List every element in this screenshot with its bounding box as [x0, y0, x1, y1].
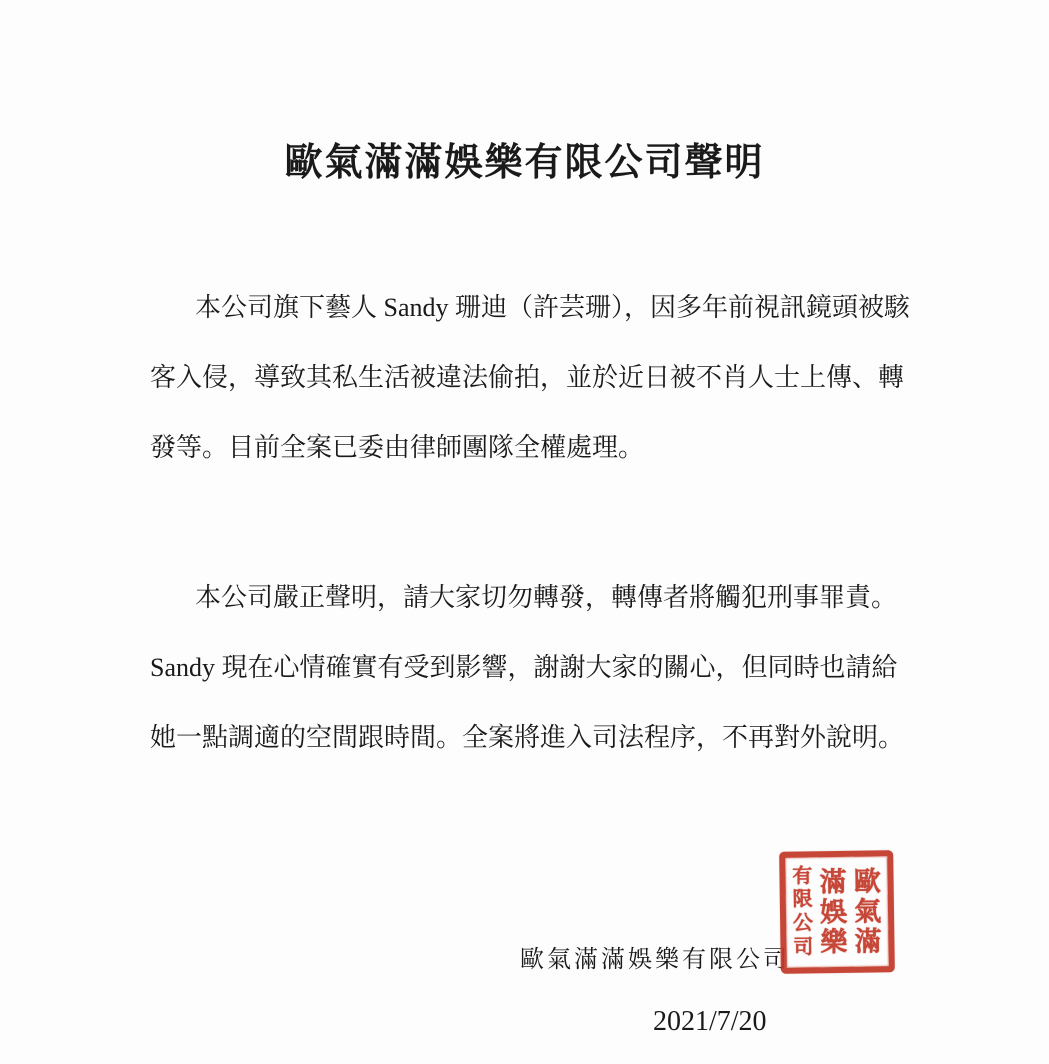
seal-column-left: 有限公司 — [792, 865, 814, 960]
paragraph-1-line-2: 客入侵，導致其私生活被違法偷拍，並於近日被不肖人士上傳、轉 — [150, 343, 893, 413]
seal-column-right: 歐氣滿 — [853, 866, 882, 957]
paragraph-2-line-3: 她一點調適的空間跟時間。全案將進入司法程序，不再對外說明。 — [150, 703, 893, 773]
paragraph-2-line-2: Sandy 現在心情確實有受到影響，謝謝大家的關心，但同時也請給 — [150, 633, 893, 703]
document-date: 2021/7/20 — [653, 1000, 767, 1044]
paragraph-1: 本公司旗下藝人 Sandy 珊迪（許芸珊），因多年前視訊鏡頭被駭 客入侵，導致其… — [150, 273, 893, 483]
statement-page: 歐氣滿滿娛樂有限公司聲明 本公司旗下藝人 Sandy 珊迪（許芸珊），因多年前視… — [0, 0, 1049, 1064]
paragraph-2-line-1: 本公司嚴正聲明，請大家切勿轉發，轉傳者將觸犯刑事罪責。 — [150, 563, 893, 633]
paragraph-1-line-1: 本公司旗下藝人 Sandy 珊迪（許芸珊），因多年前視訊鏡頭被駭 — [150, 273, 893, 343]
signature-company-name: 歐氣滿滿娛樂有限公司 — [520, 938, 790, 982]
seal-column-middle: 滿娛樂 — [819, 866, 848, 957]
document-title: 歐氣滿滿娛樂有限公司聲明 — [0, 136, 1049, 190]
paragraph-2: 本公司嚴正聲明，請大家切勿轉發，轉傳者將觸犯刑事罪責。 Sandy 現在心情確實… — [150, 563, 893, 773]
company-seal-text: 歐氣滿 滿娛樂 有限公司 — [785, 856, 889, 967]
company-seal-stamp: 歐氣滿 滿娛樂 有限公司 — [779, 850, 895, 974]
paragraph-1-line-3: 發等。目前全案已委由律師團隊全權處理。 — [150, 413, 893, 483]
